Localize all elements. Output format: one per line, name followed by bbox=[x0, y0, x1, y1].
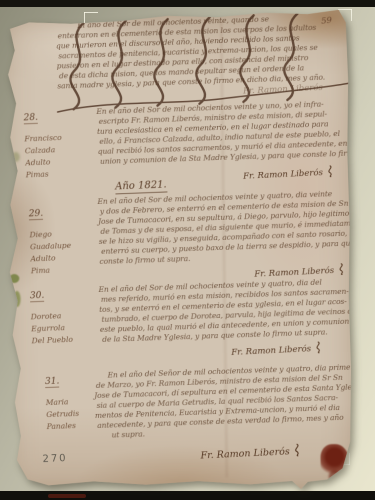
entry-number: 31. bbox=[45, 377, 60, 389]
burial-entry: En el año del Señor de mil ochocientos v… bbox=[93, 362, 360, 441]
pencil-folio-number: 270 bbox=[42, 453, 68, 465]
mold-stain bbox=[9, 274, 19, 283]
margin-line: Pimas bbox=[26, 168, 64, 181]
strike-marks bbox=[54, 11, 350, 112]
mold-stain bbox=[12, 152, 20, 162]
signature: Fr. Ramon Liberós bbox=[231, 341, 323, 358]
manuscript-page: El año del Sor de mil ochocientos veinte… bbox=[1, 8, 355, 494]
mold-stain bbox=[13, 291, 20, 307]
film-red-mark bbox=[48, 494, 86, 498]
signature: Fr. Ramon Liberós bbox=[200, 443, 303, 462]
year-heading: Año 1821. bbox=[115, 179, 167, 194]
entry-number: 29. bbox=[29, 209, 44, 221]
margin-note: 29. Diego Guadalupe Adulto Pima bbox=[29, 207, 73, 278]
paper-wrap: El año del Sor de mil ochocientos veinte… bbox=[1, 8, 355, 494]
burial-entry: En el año del Sor de mil ochocientos vei… bbox=[97, 188, 368, 267]
entry-number: 30. bbox=[30, 291, 45, 303]
margin-line: Pima bbox=[31, 264, 72, 278]
margin-line: Del Pueblo bbox=[31, 334, 73, 348]
margin-line: Guadalupe bbox=[30, 240, 71, 254]
signature: Fr. Ramon Liberós bbox=[243, 164, 335, 181]
margin-note: 31. Maria Getrudis Panales bbox=[45, 375, 80, 433]
manuscript-photo: El año del Sor de mil ochocientos veinte… bbox=[0, 0, 375, 500]
film-edge-top bbox=[0, 0, 375, 7]
burial-entry: En el año del Sor de mil ochocientos vei… bbox=[96, 98, 360, 167]
margin-note: 28. Francisco Calzada Adulto Pimas bbox=[23, 111, 63, 181]
ink-blot-stain bbox=[329, 470, 341, 482]
margin-line: Panales bbox=[47, 420, 80, 433]
margin-note: 30. Dorotea Egurrola Del Pueblo bbox=[30, 289, 73, 348]
crop-mark-top-right-v bbox=[351, 9, 352, 21]
entry-number: 28. bbox=[23, 113, 38, 125]
margin-line: Francisco bbox=[24, 132, 62, 145]
burial-entry: En el año del Sor de mil ochocientos vei… bbox=[98, 276, 357, 344]
